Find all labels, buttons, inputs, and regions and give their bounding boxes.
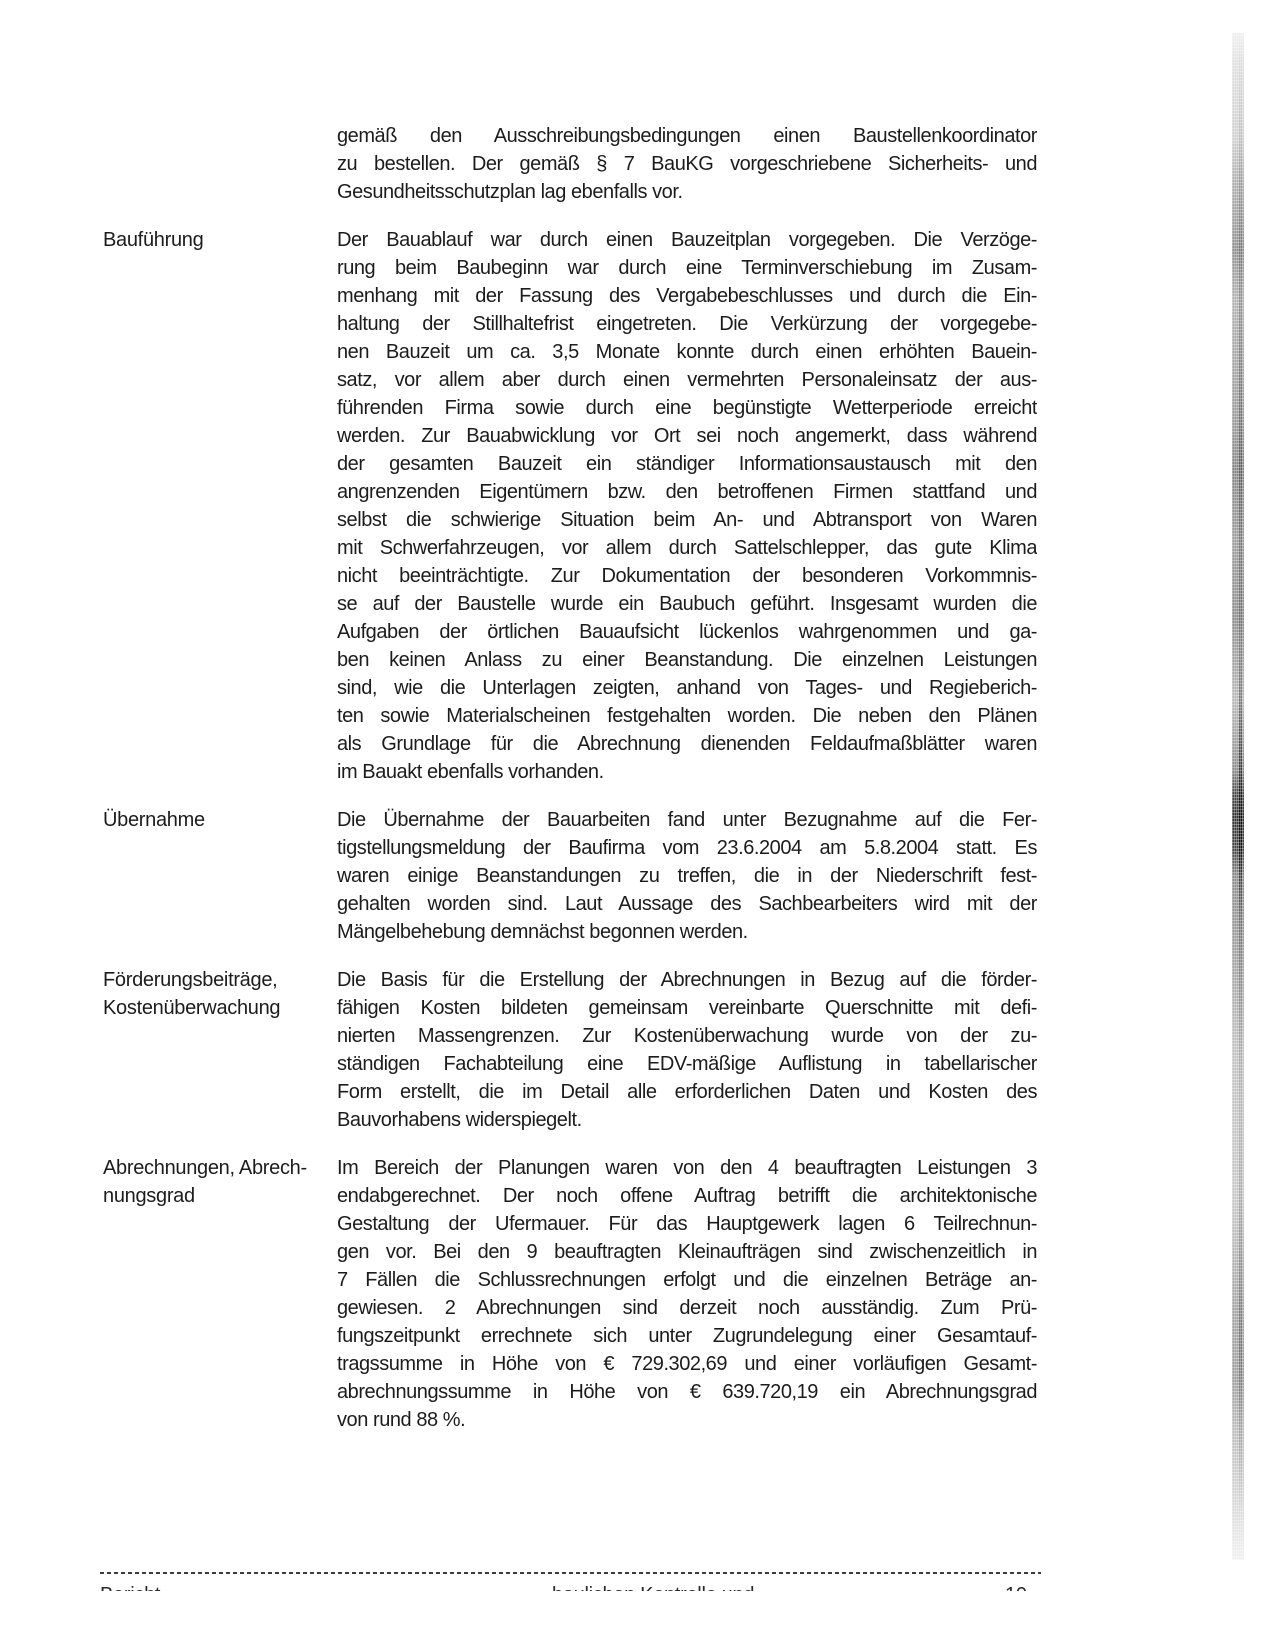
text-line: im Bauakt ebenfalls vorhanden. — [337, 758, 1037, 786]
footer-cutoff-text: Bericht baulichen Kontrolle und 10 — [100, 1583, 1041, 1591]
text-line: endabgerechnet. Der noch offene Auftrag … — [337, 1182, 1037, 1210]
paragraph: Im Bereich der Planungen waren von den 4… — [337, 1154, 1037, 1434]
document-page: gemäß den Ausschreibungsbedingungen eine… — [0, 0, 1275, 1646]
text-line: Gestaltung der Ufermauer. Für das Hauptg… — [337, 1210, 1037, 1238]
text-line: Im Bereich der Planungen waren von den 4… — [337, 1154, 1037, 1182]
document-body: gemäß den Ausschreibungsbedingungen eine… — [103, 122, 1043, 1454]
margin-label: Förderungsbeiträge,Kostenüberwachung — [103, 966, 337, 1134]
text-line: selbst die schwierige Situation beim An-… — [337, 506, 1037, 534]
footer-page-number-fragment: 10 — [1005, 1583, 1027, 1591]
text-line: gewiesen. 2 Abrechnungen sind derzeit no… — [337, 1294, 1037, 1322]
text-line: Bauvorhabens widerspiegelt. — [337, 1106, 1037, 1134]
report-section: BauführungDer Bauablauf war durch einen … — [103, 226, 1043, 786]
report-section: gemäß den Ausschreibungsbedingungen eine… — [103, 122, 1043, 206]
text-line: ständigen Fachabteilung eine EDV-mäßige … — [337, 1050, 1037, 1078]
text-line: nicht beeinträchtigte. Zur Dokumentation… — [337, 562, 1037, 590]
margin-label-line: Abrechnungen, Abrech- — [103, 1154, 337, 1182]
text-line: gehalten worden sind. Laut Aussage des S… — [337, 890, 1037, 918]
text-line: Gesundheitsschutzplan lag ebenfalls vor. — [337, 178, 1037, 206]
text-line: führenden Firma sowie durch eine begünst… — [337, 394, 1037, 422]
scan-artifact-strip — [1232, 33, 1244, 1560]
text-line: menhang mit der Fassung des Vergabebesch… — [337, 282, 1037, 310]
text-line: rung beim Baubeginn war durch eine Termi… — [337, 254, 1037, 282]
margin-label: Abrechnungen, Abrech-nungsgrad — [103, 1154, 337, 1434]
text-line: der gesamten Bauzeit ein ständiger Infor… — [337, 450, 1037, 478]
text-line: 7 Fällen die Schlussrechnungen erfolgt u… — [337, 1266, 1037, 1294]
text-line: Mängelbehebung demnächst begonnen werden… — [337, 918, 1037, 946]
text-line: se auf der Baustelle wurde ein Baubuch g… — [337, 590, 1037, 618]
text-line: fungszeitpunkt errechnete sich unter Zug… — [337, 1322, 1037, 1350]
text-line: haltung der Stillhaltefrist eingetreten.… — [337, 310, 1037, 338]
text-line: gen vor. Bei den 9 beauftragten Kleinauf… — [337, 1238, 1037, 1266]
margin-label — [103, 122, 337, 206]
text-line: von rund 88 %. — [337, 1406, 1037, 1434]
text-line: werden. Zur Bauabwicklung vor Ort sei no… — [337, 422, 1037, 450]
text-line: fähigen Kosten bildeten gemeinsam verein… — [337, 994, 1037, 1022]
footer-dashed-rule — [100, 1572, 1041, 1574]
text-line: nen Bauzeit um ca. 3,5 Monate konnte dur… — [337, 338, 1037, 366]
text-line: Der Bauablauf war durch einen Bauzeitpla… — [337, 226, 1037, 254]
text-line: ben keinen Anlass zu einer Beanstandung.… — [337, 646, 1037, 674]
text-line: angrenzenden Eigentümern bzw. den betrof… — [337, 478, 1037, 506]
footer-text-fragment: baulichen Kontrolle und — [552, 1583, 754, 1591]
margin-label-line: Bauführung — [103, 226, 337, 254]
text-line: Aufgaben der örtlichen Bauaufsicht lücke… — [337, 618, 1037, 646]
text-line: Die Übernahme der Bauarbeiten fand unter… — [337, 806, 1037, 834]
report-section: Förderungsbeiträge,KostenüberwachungDie … — [103, 966, 1043, 1134]
report-section: ÜbernahmeDie Übernahme der Bauarbeiten f… — [103, 806, 1043, 946]
margin-label-line: nungsgrad — [103, 1182, 337, 1210]
margin-label-line: Kostenüberwachung — [103, 994, 337, 1022]
text-line: sind, wie die Unterlagen zeigten, anhand… — [337, 674, 1037, 702]
margin-label: Bauführung — [103, 226, 337, 786]
text-line: tigstellungsmeldung der Baufirma vom 23.… — [337, 834, 1037, 862]
text-line: tragssumme in Höhe von € 729.302,69 und … — [337, 1350, 1037, 1378]
text-line: abrechnungssumme in Höhe von € 639.720,1… — [337, 1378, 1037, 1406]
text-line: waren einige Beanstandungen zu treffen, … — [337, 862, 1037, 890]
text-line: gemäß den Ausschreibungsbedingungen eine… — [337, 122, 1037, 150]
text-line: Form erstellt, die im Detail alle erford… — [337, 1078, 1037, 1106]
report-section: Abrechnungen, Abrech-nungsgradIm Bereich… — [103, 1154, 1043, 1434]
text-line: satz, vor allem aber durch einen vermehr… — [337, 366, 1037, 394]
margin-label: Übernahme — [103, 806, 337, 946]
paragraph: Der Bauablauf war durch einen Bauzeitpla… — [337, 226, 1037, 786]
paragraph: Die Basis für die Erstellung der Abrechn… — [337, 966, 1037, 1134]
scan-artifact-strip-core — [1239, 33, 1242, 1560]
paragraph: gemäß den Ausschreibungsbedingungen eine… — [337, 122, 1037, 206]
margin-label-line: Förderungsbeiträge, — [103, 966, 337, 994]
paragraph: Die Übernahme der Bauarbeiten fand unter… — [337, 806, 1037, 946]
text-line: ten sowie Materialscheinen festgehalten … — [337, 702, 1037, 730]
text-line: Die Basis für die Erstellung der Abrechn… — [337, 966, 1037, 994]
text-line: mit Schwerfahrzeugen, vor allem durch Sa… — [337, 534, 1037, 562]
text-line: als Grundlage für die Abrechnung dienend… — [337, 730, 1037, 758]
text-line: zu bestellen. Der gemäß § 7 BauKG vorges… — [337, 150, 1037, 178]
text-line: nierten Massengrenzen. Zur Kostenüberwac… — [337, 1022, 1037, 1050]
footer-text-fragment: Bericht — [100, 1583, 160, 1591]
margin-label-line: Übernahme — [103, 806, 337, 834]
